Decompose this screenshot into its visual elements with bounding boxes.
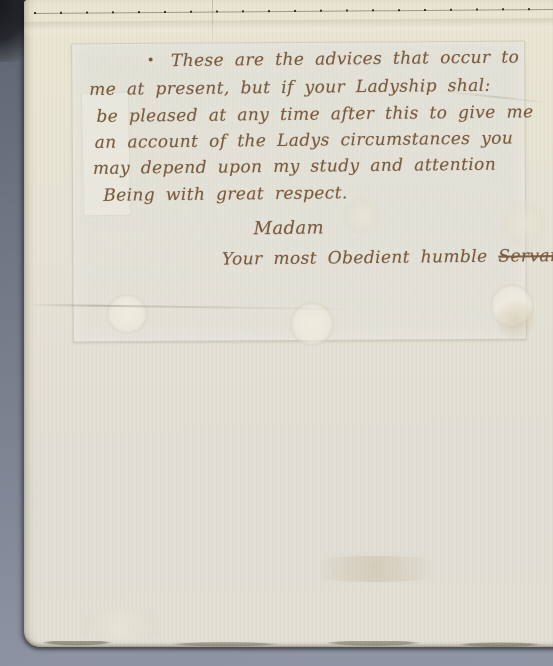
letter-line: me at present, but if your Ladyship shal… bbox=[89, 76, 491, 100]
letter-line: an account of the Ladys circumstances yo… bbox=[95, 129, 514, 153]
letter-line-text: These are the advices that occur to bbox=[171, 47, 519, 71]
paper-stain bbox=[60, 610, 180, 640]
letter-line: may depend upon my study and attention bbox=[93, 155, 496, 179]
paper-stain bbox=[300, 556, 450, 582]
letter-line: Being with great respect. bbox=[103, 183, 348, 206]
manuscript-photo: •These are the advices that occur to me … bbox=[0, 0, 553, 666]
signoff: Your most Obedient humble Servant bbox=[222, 246, 553, 270]
salutation: Madam bbox=[254, 218, 325, 240]
signoff-text: Your most Obedient humble bbox=[222, 247, 488, 270]
ink-dot: • bbox=[147, 53, 155, 68]
signoff-struck-word: Servant bbox=[498, 246, 553, 267]
letter-line: be pleased at any time after this to giv… bbox=[96, 102, 533, 127]
page-bottom-edge bbox=[24, 641, 553, 649]
letter-line: •These are the advices that occur to bbox=[147, 47, 520, 71]
handwritten-letter-text: •These are the advices that occur to me … bbox=[0, 0, 553, 343]
